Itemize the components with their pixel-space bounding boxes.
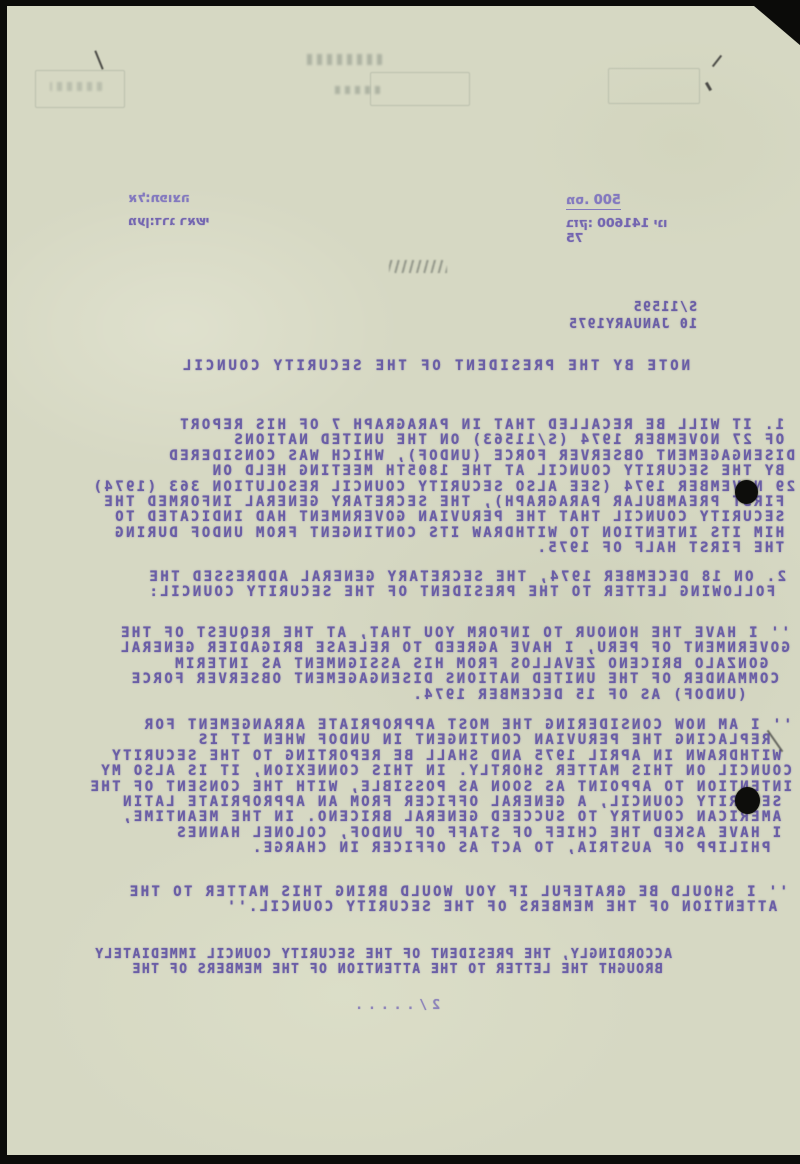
- typewritten-line: DISENGAGEMENT OBSERVER FORCE (UNDOF), WH…: [91, 449, 795, 464]
- typewritten-line: COMMANDER OF THE UNITED NATIONS DISENGAG…: [119, 672, 790, 687]
- pencil-mark-2: [712, 55, 722, 67]
- typewritten-line: PHILIPP OF AUSTRIA, TO ACT AS OFFICER IN…: [88, 841, 792, 856]
- typewritten-line: FOLLOWING LETTER TO THE PRESIDENT OF THE…: [147, 585, 786, 600]
- bleedthrough-text-3: [50, 82, 102, 91]
- received-stamp: מס. 500 בזק: 141600 ינו 75: [566, 193, 670, 245]
- routing-stamp-line1: אל:תפוצה: [128, 191, 210, 206]
- typewritten-line: INTENTION TO APPOINT AS SOON AS POSSIBLE…: [88, 780, 792, 795]
- page-continuation-marker: 2/.....: [350, 998, 440, 1013]
- typewritten-line: OF 27 NOVEMBER 1974 (S/11563) ON THE UNI…: [91, 433, 795, 448]
- routing-stamp-line2: מען:דרג ראשי: [128, 213, 210, 228]
- quoted-letter-paragraph-3: '' I SHOULD BE GRATEFUL IF YOU WOULD BRI…: [127, 885, 788, 916]
- hole-punch-top: [735, 480, 758, 504]
- typewritten-line: BY THE SECURITY COUNCIL AT THE 1805TH ME…: [91, 464, 795, 479]
- pencil-scribble: [389, 260, 447, 273]
- typewritten-line: HIM ITS INTENTION TO WITHDRAW ITS CONTIN…: [91, 526, 795, 541]
- document-title: NOTE BY THE PRESIDENT OF THE SECURITY CO…: [180, 358, 690, 374]
- closing-paragraph: ACCORDINGLY, THE PRESIDENT OF THE SECURI…: [94, 947, 672, 978]
- bleedthrough-box-3: [608, 68, 700, 104]
- bleedthrough-box-2: [370, 72, 470, 106]
- quoted-letter-paragraph-1: '' I HAVE THE HONOUR TO INFORM YOU THAT,…: [119, 626, 790, 703]
- typewritten-line: I HAVE ASKED THE CHIEF OF STAFF OF UNDOF…: [88, 826, 792, 841]
- pencil-mark-1: [94, 50, 103, 69]
- typewritten-line: COUNCIL ON THIS MATTER SHORTLY. IN THIS …: [88, 764, 792, 779]
- mirrored-scan-content: מס. 500 בזק: 141600 ינו 75 אל:תפוצה מען:…: [7, 6, 800, 1155]
- typewritten-line: (UNDOF) AS OF 15 DECEMBER 1974.: [119, 688, 790, 703]
- received-stamp-number: מס. 500: [566, 193, 621, 210]
- typewritten-line: GONZALO BRICENO ZEVALLOS FROM HIS ASSIGN…: [119, 657, 790, 672]
- typewritten-line: GOVERNMENT OF PERU, I HAVE AGREED TO REL…: [119, 641, 790, 656]
- typewritten-line: AMERICAN COUNTRY TO SUCCEED GENERAL BRIC…: [88, 810, 792, 825]
- bleedthrough-text-1: [306, 54, 382, 65]
- paragraph-2: 2. ON 18 DECEMBER 1974, THE SECRETARY GE…: [147, 570, 786, 601]
- typewritten-line: ACCORDINGLY, THE PRESIDENT OF THE SECURI…: [94, 947, 672, 962]
- hole-punch-bottom: [735, 787, 760, 814]
- typewritten-line: SECURITY COUNCIL THAT THE PERUVIAN GOVER…: [91, 510, 795, 525]
- bleedthrough-text-2: [334, 86, 380, 94]
- typewritten-line: BROUGHT THE LETTER TO THE ATTENTION OF T…: [94, 962, 672, 977]
- typewritten-line: 29 NOVEMBER 1974 (SEE ALSO SECURITY COUN…: [91, 480, 795, 495]
- scanned-page: { "scan": { "orientation": "mirrored-hor…: [0, 0, 800, 1164]
- document-date: 10 JANUARY1975: [568, 316, 697, 333]
- typewritten-line: REPLACING THE PERUVIAN CONTINGENT IN UND…: [88, 733, 792, 748]
- typewritten-line: ATTENTION OF THE MEMBERS OF THE SECURITY…: [127, 900, 788, 915]
- paragraph-1: 1. IT WILL BE RECALLED THAT IN PARAGRAPH…: [91, 418, 795, 557]
- pencil-mark-3: [705, 82, 712, 91]
- typewritten-line: WITHDRAWN IN APRIL 1975 AND SHALL BE REP…: [88, 749, 792, 764]
- received-stamp-datetime: בזק: 141600 ינו 75: [566, 215, 670, 245]
- quoted-letter-paragraph-2: '' I AM NOW CONSIDERING THE MOST APPROPR…: [88, 718, 792, 857]
- typewritten-line: THE FIRST HALF OF 1975.: [91, 541, 795, 556]
- document-symbol: S/11595: [632, 299, 697, 316]
- document-sheet: מס. 500 בזק: 141600 ינו 75 אל:תפוצה מען:…: [7, 6, 800, 1155]
- routing-stamp: אל:תפוצה מען:דרג ראשי: [128, 191, 210, 228]
